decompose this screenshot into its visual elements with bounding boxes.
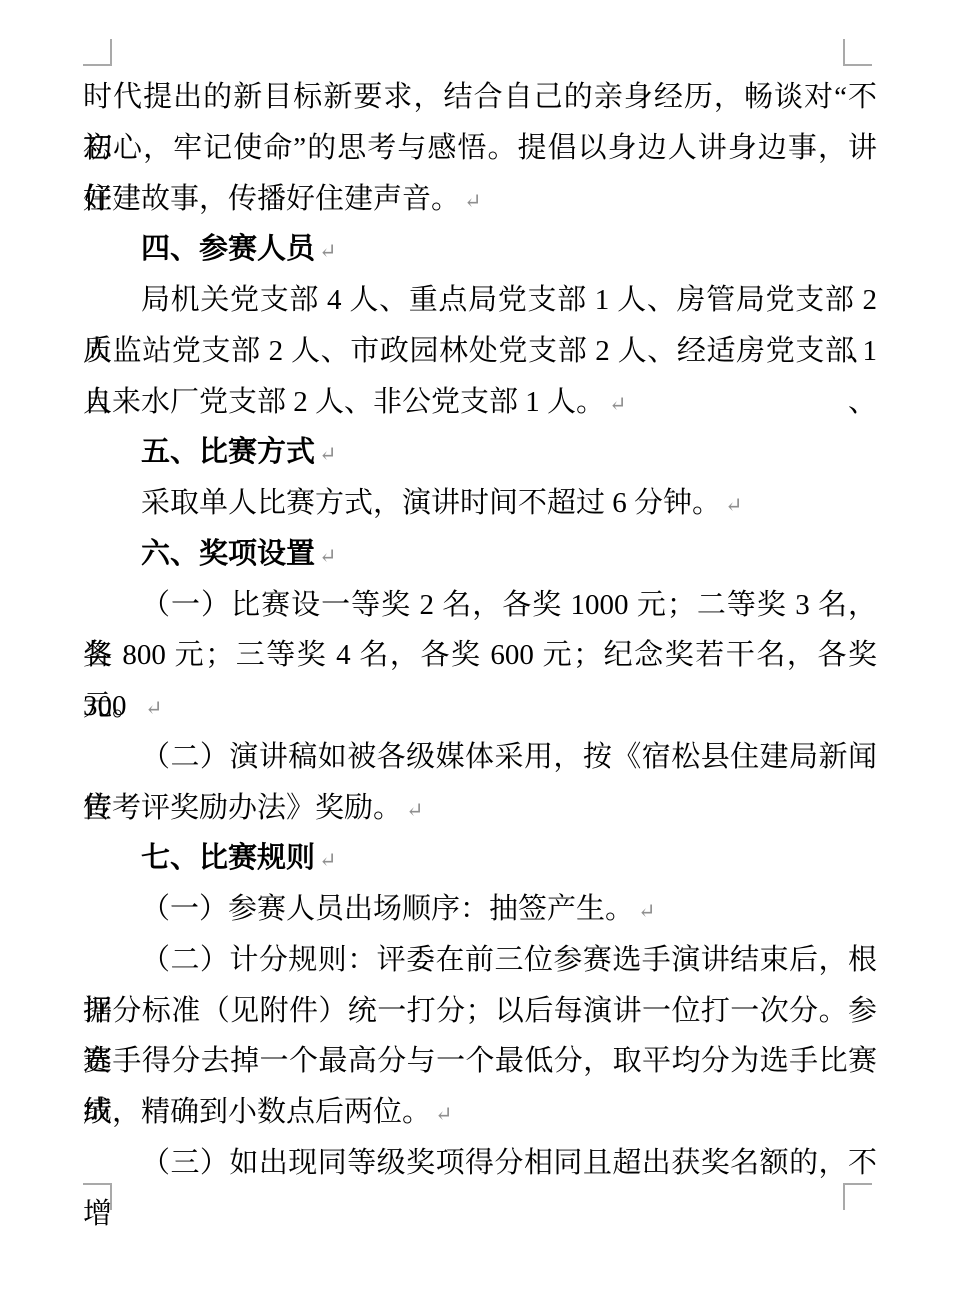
- paragraph-return-mark-icon: ↵: [319, 226, 337, 277]
- paragraph-return-mark-icon: ↵: [638, 886, 656, 937]
- text-line: 元。↵: [83, 681, 877, 732]
- heading-line: 六、奖项设置↵: [83, 529, 877, 580]
- text-line: 奖 800 元；三等奖 4 名，各奖 600 元；纪念奖若干名，各奖 300: [83, 630, 877, 681]
- line-text: 自来水厂党支部 2 人、非公党支部 1 人。: [83, 386, 605, 418]
- heading-line: 七、比赛规则↵: [83, 833, 877, 884]
- line-text: （三）如出现同等级奖项得分相同且超出获奖名额的，不增: [83, 1147, 877, 1230]
- text-boundary-mark-top-right: [843, 39, 872, 66]
- paragraph-return-mark-icon: ↵: [464, 176, 482, 227]
- text-line: 传考评奖励办法》奖励。↵: [83, 783, 877, 834]
- text-line: 选手得分去掉一个最高分与一个最低分，取平均分为选手比赛成: [83, 1036, 877, 1087]
- text-line: （一）比赛设一等奖 2 名，各奖 1000 元；二等奖 3 名，各: [83, 580, 877, 631]
- line-text: 六、奖项设置: [141, 538, 315, 570]
- heading-line: 五、比赛方式↵: [83, 427, 877, 478]
- paragraph-return-mark-icon: ↵: [319, 835, 337, 886]
- line-text: 七、比赛规则: [141, 842, 315, 874]
- line-text: 四、参赛人员: [141, 233, 315, 265]
- text-line: （二）计分规则：评委在前三位参赛选手演讲结束后，根据: [83, 935, 877, 986]
- paragraph-return-mark-icon: ↵: [609, 379, 627, 430]
- line-text: 五、比赛方式: [141, 436, 315, 468]
- paragraph-return-mark-icon: ↵: [725, 480, 743, 531]
- document-content: 时代提出的新目标新要求，结合自己的亲身经历，畅谈对“不忘初心，牢记使命”的思考与…: [83, 72, 877, 1189]
- line-text: 传考评奖励办法》奖励。: [83, 792, 402, 824]
- paragraph-return-mark-icon: ↵: [145, 683, 163, 734]
- text-line: 评分标准（见附件）统一打分；以后每演讲一位打一次分。参赛: [83, 986, 877, 1037]
- line-text: 绩，精确到小数点后两位。: [83, 1096, 431, 1128]
- paragraph-return-mark-icon: ↵: [319, 429, 337, 480]
- line-text: 采取单人比赛方式，演讲时间不超过 6 分钟。: [141, 487, 721, 519]
- text-line: （三）如出现同等级奖项得分相同且超出获奖名额的，不增: [83, 1138, 877, 1189]
- line-text: （一）参赛人员出场顺序：抽签产生。: [141, 893, 634, 925]
- text-line: 局机关党支部 4 人、重点局党支部 1 人、房管局党支部 2 人、: [83, 275, 877, 326]
- paragraph-return-mark-icon: ↵: [406, 785, 424, 836]
- line-text: 元。: [83, 690, 141, 722]
- text-line: （一）参赛人员出场顺序：抽签产生。↵: [83, 884, 877, 935]
- text-line: 住建故事，传播好住建声音。↵: [83, 174, 877, 225]
- paragraph-return-mark-icon: ↵: [435, 1089, 453, 1140]
- heading-line: 四、参赛人员↵: [83, 224, 877, 275]
- text-line: 采取单人比赛方式，演讲时间不超过 6 分钟。↵: [83, 478, 877, 529]
- text-boundary-mark-top-left: [83, 39, 112, 66]
- text-line: 初心，牢记使命”的思考与感悟。提倡以身边人讲身边事，讲好: [83, 123, 877, 174]
- text-line: （二）演讲稿如被各级媒体采用，按《宿松县住建局新闻宣: [83, 732, 877, 783]
- paragraph-return-mark-icon: ↵: [319, 531, 337, 582]
- text-line: 质监站党支部 2 人、市政园林处党支部 2 人、经适房党支部 1 人、: [83, 326, 877, 377]
- line-text: 住建故事，传播好住建声音。: [83, 183, 460, 215]
- document-page: 时代提出的新目标新要求，结合自己的亲身经历，畅谈对“不忘初心，牢记使命”的思考与…: [0, 0, 960, 1290]
- text-line: 绩，精确到小数点后两位。↵: [83, 1087, 877, 1138]
- text-line: 时代提出的新目标新要求，结合自己的亲身经历，畅谈对“不忘: [83, 72, 877, 123]
